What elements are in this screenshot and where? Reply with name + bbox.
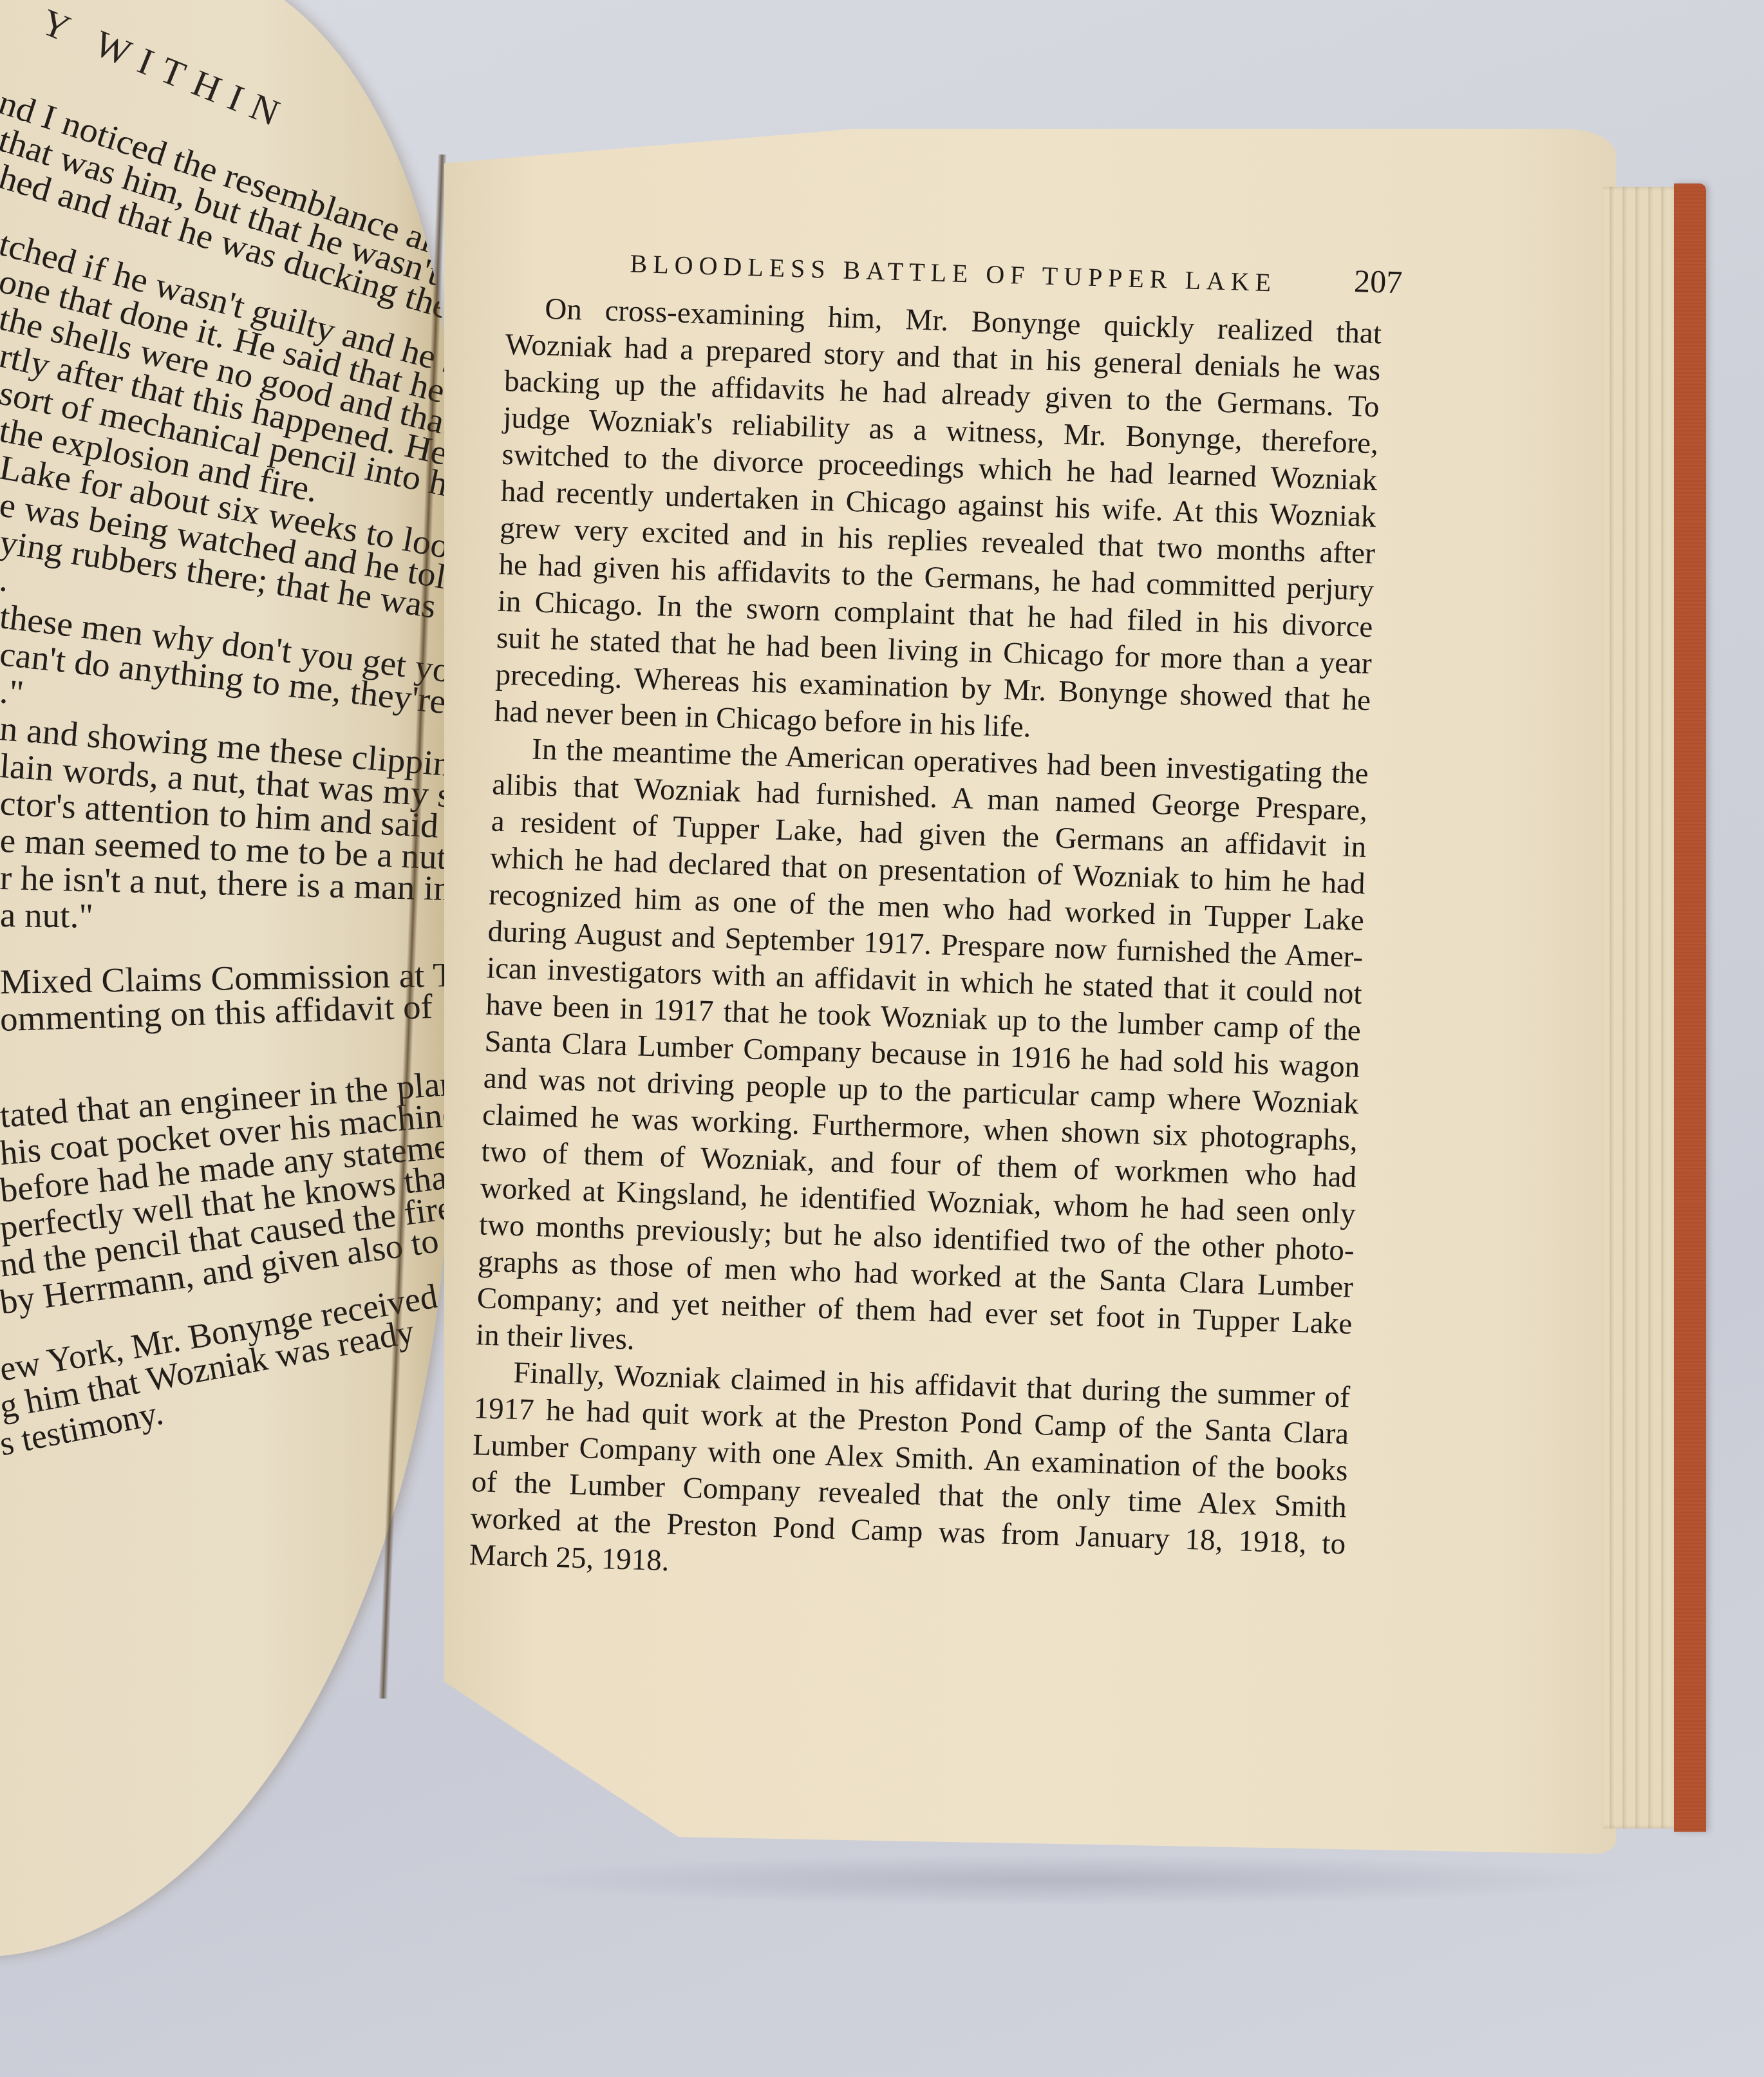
paragraph: On cross-examining him, Mr. Bonynge quic… <box>494 290 1382 756</box>
right-page-content: BLOODLESS BATTLE OF TUPPER LAKE 207 On c… <box>469 232 1384 1599</box>
paragraph: In the meantime the American operatives … <box>475 730 1369 1380</box>
book-cover-edge <box>1674 183 1706 1832</box>
text-line: a nut." <box>0 898 93 934</box>
text-line: ." <box>0 673 25 710</box>
running-head-title: BLOODLESS BATTLE OF TUPPER LAKE <box>630 249 1277 298</box>
text-line: . <box>0 561 11 597</box>
page-number: 207 <box>1353 262 1403 301</box>
body-text: On cross-examining him, Mr. Bonynge quic… <box>469 290 1382 1599</box>
page-shadow <box>489 1854 1648 1906</box>
paragraph: Finally, Wozniak claimed in his affidavi… <box>469 1353 1351 1599</box>
